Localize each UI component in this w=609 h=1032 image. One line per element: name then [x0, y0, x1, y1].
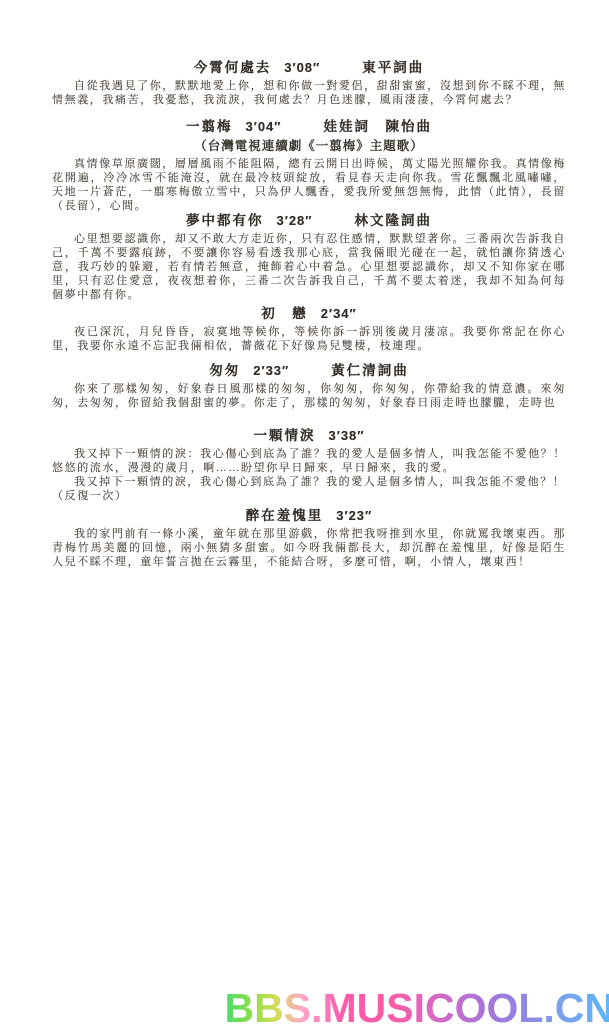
song-section-2: 一翦梅 3′04″ 娃娃詞 陳怡曲 （台灣電視連續劇《一翦梅》主題歌） 真情像草… [52, 115, 566, 213]
song-lyrics: 夜已深沉，月兒昏昏，寂寞地等候你，等候你訴一訴別後歲月淒凉。我要你常記在你心里，… [52, 325, 566, 353]
song-section-4: 初 戀 2′34″ 夜已深沉，月兒昏昏，寂寞地等候你，等候你訴一訴別後歲月淒凉。… [52, 302, 566, 353]
song-duration: 2′33″ [253, 363, 289, 378]
song-title: 一顆情淚 [253, 424, 315, 444]
song-lyrics: 你來了那樣匆匆，好象春日風那樣的匆匆，你匆匆，你匆匆，你帶給我的情意濃。來匆匆，… [52, 382, 566, 410]
song-title-row: 今霄何處去 3′08″ 東平詞曲 [52, 56, 566, 76]
song-credit: 東平詞曲 [362, 56, 424, 76]
song-title: 匆匆 [209, 359, 240, 379]
song-section-5: 匆匆 2′33″ 黃仁清詞曲 你來了那樣匆匆，好象春日風那樣的匆匆，你匆匆，你匆… [52, 359, 566, 410]
song-lyrics-repeat: 我又掉下一顆情的淚，我心傷心到底為了誰？我的愛人是個多情人，叫我怎能不愛他？！ [52, 475, 566, 489]
song-credit: 林文隆詞曲 [355, 209, 433, 229]
song-section-6: 一顆情淚 3′38″ 我又掉下一顆情的淚：我心傷心到底為了誰？我的愛人是個多情人… [52, 424, 566, 503]
song-repeat-note: （反復一次） [52, 489, 566, 503]
song-duration: 3′28″ [276, 213, 312, 228]
song-lyrics: 自從我遇見了你，默默地愛上你，想和你做一對愛侶，甜甜蜜蜜，沒想到你不睬不理，無情… [52, 79, 566, 107]
song-credit: 黃仁清詞曲 [331, 359, 409, 379]
song-section-1: 今霄何處去 3′08″ 東平詞曲 自從我遇見了你，默默地愛上你，想和你做一對愛侶… [52, 56, 566, 107]
song-section-7: 醉在羞愧里 3′23″ 我的家門前有一條小溪，童年就在那里游戲，你常把我呀推到水… [52, 504, 566, 569]
song-title: 一翦梅 [186, 115, 233, 135]
song-title-row: 一翦梅 3′04″ 娃娃詞 陳怡曲 [52, 115, 566, 135]
song-duration: 2′34″ [321, 306, 357, 321]
song-duration: 3′38″ [328, 428, 364, 443]
scanned-lyric-sheet: 今霄何處去 3′08″ 東平詞曲 自從我遇見了你，默默地愛上你，想和你做一對愛侶… [0, 0, 609, 1032]
song-credit: 娃娃詞 陳怡曲 [324, 115, 433, 135]
song-title: 今霄何處去 [194, 56, 272, 76]
song-title-row: 一顆情淚 3′38″ [52, 424, 566, 444]
song-lyrics: 真情像草原廣闊，層層風雨不能阻隔，總有云開日出時候，萬丈陽光照耀你我。真情像梅花… [52, 157, 566, 213]
song-subtitle: （台灣電視連續劇《一翦梅》主題歌） [52, 136, 566, 154]
song-lyrics: 我又掉下一顆情的淚：我心傷心到底為了誰？我的愛人是個多情人，叫我怎能不愛他？！悠… [52, 447, 566, 475]
site-watermark: BBS.MUSICOOL.CN [225, 985, 609, 1032]
song-lyrics: 心里想要認識你，却又不敢大方走近你，只有忍住感情，默默望著你。三番兩次告訴我自己… [52, 232, 566, 302]
song-lyrics: 我的家門前有一條小溪，童年就在那里游戲，你常把我呀推到水里，你就罵我壞東西。那青… [52, 527, 566, 569]
song-title: 初 戀 [261, 302, 308, 322]
song-title-row: 匆匆 2′33″ 黃仁清詞曲 [52, 359, 566, 379]
song-duration: 3′08″ [284, 60, 320, 75]
song-duration: 3′04″ [245, 119, 281, 134]
song-title: 夢中都有你 [186, 209, 264, 229]
song-section-3: 夢中都有你 3′28″ 林文隆詞曲 心里想要認識你，却又不敢大方走近你，只有忍住… [52, 209, 566, 302]
song-title: 醉在羞愧里 [246, 504, 324, 524]
song-title-row: 夢中都有你 3′28″ 林文隆詞曲 [52, 209, 566, 229]
song-duration: 3′23″ [336, 508, 372, 523]
song-title-row: 初 戀 2′34″ [52, 302, 566, 322]
song-title-row: 醉在羞愧里 3′23″ [52, 504, 566, 524]
